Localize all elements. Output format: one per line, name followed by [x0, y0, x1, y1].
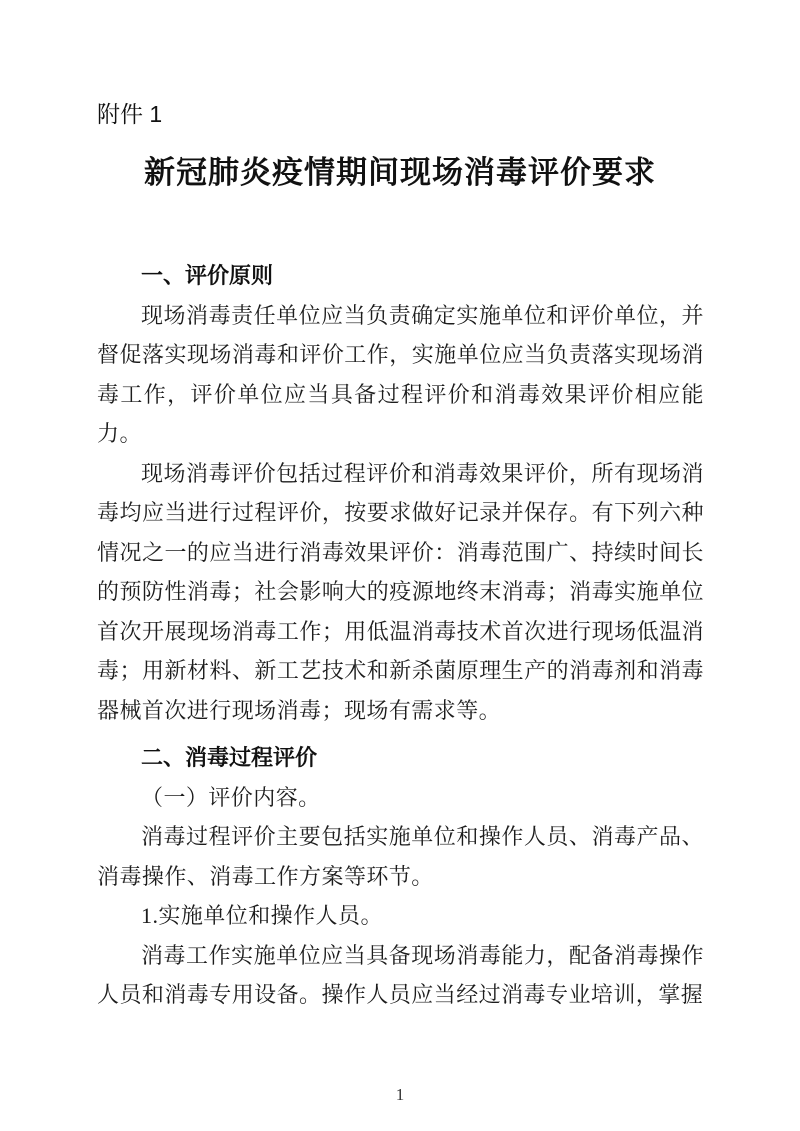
- paragraph-evaluation-scope: 现场消毒评价包括过程评价和消毒效果评价，所有现场消毒均应当进行过程评价，按要求做…: [97, 454, 704, 731]
- paragraph-responsible-units: 现场消毒责任单位应当负责确定实施单位和评价单位，并督促落实现场消毒和评价工作，实…: [97, 296, 704, 454]
- document-body: 一、评价原则 现场消毒责任单位应当负责确定实施单位和评价单位，并督促落实现场消毒…: [97, 256, 704, 1015]
- numbered-item-implementation-units: 1.实施单位和操作人员。: [97, 896, 704, 936]
- document-page: 附件 1 新冠肺炎疫情期间现场消毒评价要求 一、评价原则 现场消毒责任单位应当负…: [0, 0, 800, 1131]
- attachment-label: 附件 1: [97, 100, 162, 128]
- subsection-heading-evaluation-content: （一）评价内容。: [97, 778, 704, 818]
- page-number: 1: [0, 1085, 800, 1105]
- section-heading-evaluation-principles: 一、评价原则: [97, 256, 704, 296]
- paragraph-process-evaluation-content: 消毒过程评价主要包括实施单位和操作人员、消毒产品、消毒操作、消毒工作方案等环节。: [97, 817, 704, 896]
- paragraph-implementation-requirements: 消毒工作实施单位应当具备现场消毒能力，配备消毒操作人员和消毒专用设备。操作人员应…: [97, 936, 704, 1015]
- document-title: 新冠肺炎疫情期间现场消毒评价要求: [0, 147, 800, 192]
- section-heading-process-evaluation: 二、消毒过程评价: [97, 738, 704, 778]
